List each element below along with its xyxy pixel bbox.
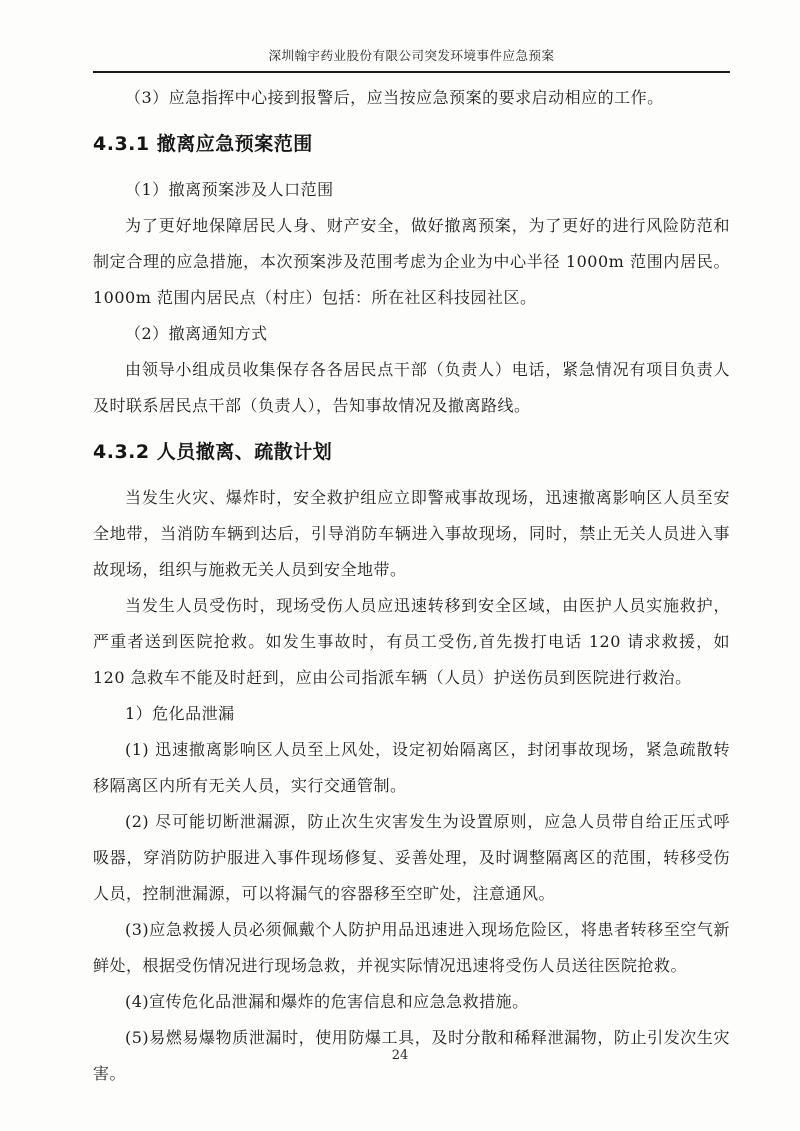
item-2-paragraph: 由领导小组成员收集保存各各居民点干部（负责人）电话，紧急情况有项目负责人及时联系… — [93, 352, 730, 424]
intro-item-3: （3）应急指挥中心接到报警后，应当按应急预案的要求启动相应的工作。 — [93, 80, 730, 116]
page-footer: 24 — [0, 1046, 800, 1066]
hazmat-step-4: (4)宣传危化品泄漏和爆炸的危害信息和应急急救措施。 — [93, 984, 730, 1020]
item-2-title: （2）撤离通知方式 — [93, 316, 730, 352]
page-number: 24 — [392, 1048, 409, 1063]
item-1-paragraph: 为了更好地保障居民人身、财产安全，做好撤离预案，为了更好的进行风险防范和制定合理… — [93, 208, 730, 316]
section-heading-4-3-2: 4.3.2 人员撤离、疏散计划 — [93, 437, 730, 467]
evacuation-paragraph-2: 当发生人员受伤时，现场受伤人员应迅速转移到安全区域，由医护人员实施救护，严重者送… — [93, 588, 730, 696]
hazmat-leak-list-title: 1）危化品泄漏 — [93, 696, 730, 732]
document-content: （3）应急指挥中心接到报警后，应当按应急预案的要求启动相应的工作。 4.3.1 … — [93, 80, 730, 1092]
section-heading-4-3-1: 4.3.1 撤离应急预案范围 — [93, 129, 730, 159]
item-1-title: （1）撤离预案涉及人口范围 — [93, 172, 730, 208]
evacuation-paragraph-1: 当发生火灾、爆炸时，安全救护组应立即警戒事故现场，迅速撤离影响区人员至安全地带，… — [93, 480, 730, 588]
page-header: 深圳翰宇药业股份有限公司突发环境事件应急预案 — [93, 48, 730, 73]
hazmat-step-1: (1) 迅速撤离影响区人员至上风处，设定初始隔离区，封闭事故现场，紧急疏散转移隔… — [93, 732, 730, 804]
hazmat-step-2: (2) 尽可能切断泄漏源，防止次生灾害发生为设置原则，应急人员带自给正压式呼吸器… — [93, 804, 730, 912]
document-page: 深圳翰宇药业股份有限公司突发环境事件应急预案 （3）应急指挥中心接到报警后，应当… — [0, 0, 800, 1131]
hazmat-step-3: (3)应急救援人员必须佩戴个人防护用品迅速进入现场危险区，将患者转移至空气新鲜处… — [93, 912, 730, 984]
header-title: 深圳翰宇药业股份有限公司突发环境事件应急预案 — [268, 48, 554, 63]
